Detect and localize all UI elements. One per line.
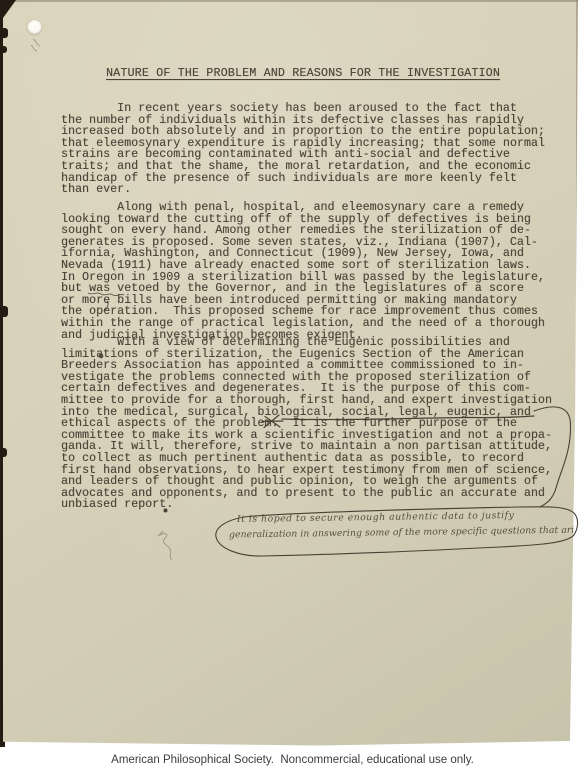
document-title: NATURE OF THE PROBLEM AND REASONS FOR TH… — [106, 67, 500, 80]
punch-hole — [27, 20, 42, 35]
paper-sheet: NATURE OF THE PROBLEM AND REASONS FOR TH… — [3, 0, 578, 747]
edge-mark — [3, 448, 7, 457]
attribution-bar: American Philosophical Society. Noncomme… — [0, 747, 585, 772]
edge-mark — [3, 28, 8, 38]
handwritten-note-line1: It is hoped to secure enough authentic d… — [237, 510, 514, 525]
edge-mark — [3, 306, 8, 317]
edge-mark — [3, 46, 7, 53]
attribution-caption: American Philosophical Society. Noncomme… — [111, 754, 474, 766]
paragraph-1: In recent years society has been aroused… — [61, 103, 545, 196]
paragraph-3: With a view of determining the Eugenic p… — [61, 337, 552, 511]
corner-shadow — [3, 0, 16, 18]
handwritten-note-line2: generalization in answering some of the … — [229, 524, 585, 540]
document-scan: NATURE OF THE PROBLEM AND REASONS FOR TH… — [0, 0, 585, 772]
paragraph-2: Along with penal, hospital, and eleemosy… — [61, 202, 545, 341]
